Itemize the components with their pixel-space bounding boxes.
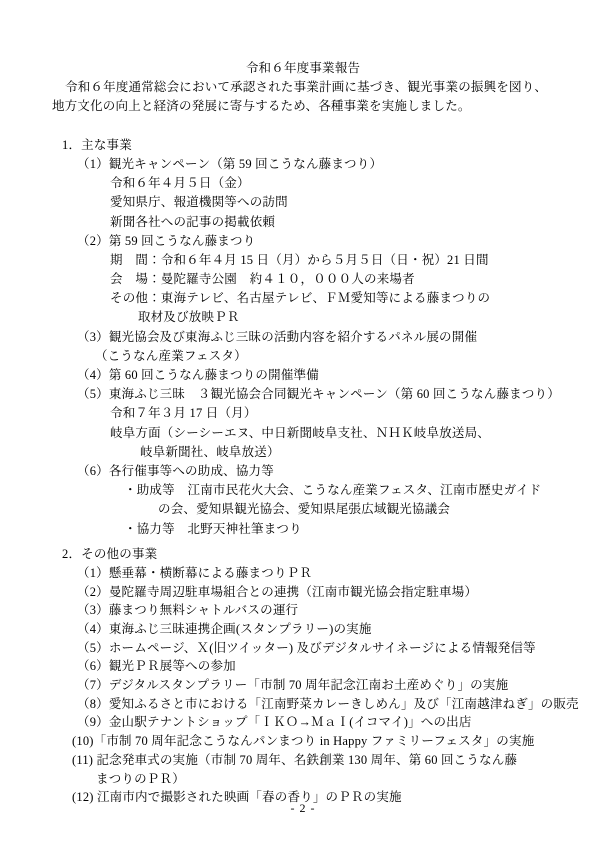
list-item-detail: ・助成等 江南市民花火大会、こうなん産業フェスタ、江南市歴史ガイド <box>0 481 606 500</box>
list-item-continuation: 取材及び放映ＰＲ <box>0 308 606 327</box>
page-number: - 2 - <box>0 801 606 816</box>
document-title: 令和６年度事業報告 <box>0 59 606 78</box>
list-item: （6）各行催事等への助成、協力等 <box>0 462 606 481</box>
list-item: （5）東海ふじ三昧 ３観光協会合同観光キャンペーン（第 60 回こうなん藤まつり… <box>0 385 606 404</box>
list-item: （3）観光協会及び東海ふじ三昧の活動内容を紹介するパネル展の開催 <box>0 328 606 347</box>
document-body: 令和６年度事業報告令和６年度通常総会において承認された事業計画に基づき、観光事業… <box>0 59 606 807</box>
list-item-detail: 令和６年４月５日（金） <box>0 174 606 193</box>
list-item-detail: 会 場：曼陀羅寺公園 約４１０，０００人の来場者 <box>0 270 606 289</box>
list-item-detail: その他：東海テレビ、名古屋テレビ、ＦＭ愛知等による藤まつりの <box>0 289 606 308</box>
list-item-detail: 愛知県庁、報道機関等への訪問 <box>0 193 606 212</box>
list-item-detail: 令和７年３月 17 日（月） <box>0 404 606 423</box>
section-2-heading: 2．その他の事業 <box>0 545 606 564</box>
list-item-continuation: まつりのＰＲ） <box>0 770 606 789</box>
list-item-detail: ・協力等 北野天神社筆まつり <box>0 520 606 539</box>
blank-line <box>0 539 606 546</box>
list-item: （5）ホームページ、Ｘ(旧ツイッター) 及びデジタルサイネージによる情報発信等 <box>0 639 606 658</box>
document-page: 令和６年度事業報告令和６年度通常総会において承認された事業計画に基づき、観光事業… <box>0 0 606 857</box>
list-item: （2）曼陀羅寺周辺駐車場組合との連携（江南市観光協会指定駐車場） <box>0 583 606 602</box>
list-item: （8）愛知ふるさと市における「江南野菜カレーきしめん」及び「江南越津ねぎ」の販売 <box>0 695 606 714</box>
list-item: （7）デジタルスタンプラリー「市制 70 周年記念江南お土産めぐり」の実施 <box>0 676 606 695</box>
list-item: （9）金山駅テナントショップ「ＩＫＯ→ＭａＩ(イコマイ)」への出店 <box>0 713 606 732</box>
list-item: (10)「市制 70 周年記念こうなんパンまつり in Happy ファミリーフ… <box>0 732 606 751</box>
list-item-detail: 期 間：令和６年４月 15 日（月）から５月５日（日・祝）21 日間 <box>0 251 606 270</box>
list-item-detail: 新聞各社への記事の掲載依頼 <box>0 213 606 232</box>
list-item: （3）藤まつり無料シャトルバスの運行 <box>0 601 606 620</box>
intro-line: 地方文化の向上と経済の発展に寄与するため、各種事業を実施しました。 <box>0 97 606 116</box>
section-1-heading: 1．主な事業 <box>0 136 606 155</box>
list-item: （4）第 60 回こうなん藤まつりの開催準備 <box>0 366 606 385</box>
list-item: （1）観光キャンペーン（第 59 回こうなん藤まつり） <box>0 155 606 174</box>
list-item: （6）観光ＰＲ展等への参加 <box>0 657 606 676</box>
blank-line <box>0 117 606 136</box>
list-item-continuation: 岐阜新聞社、岐阜放送） <box>0 443 606 462</box>
list-item-continuation: （こうなん産業フェスタ） <box>0 347 606 366</box>
list-item: （1）懸垂幕・横断幕による藤まつりＰＲ <box>0 564 606 583</box>
list-item: （4）東海ふじ三昧連携企画(スタンプラリー)の実施 <box>0 620 606 639</box>
list-item-detail: 岐阜方面（シーシーエヌ、中日新聞岐阜支社、ＮＨＫ岐阜放送局、 <box>0 424 606 443</box>
list-item-continuation: の会、愛知県観光協会、愛知県尾張広域観光協議会 <box>0 500 606 519</box>
list-item: （2）第 59 回こうなん藤まつり <box>0 232 606 251</box>
list-item: (11) 記念発車式の実施（市制 70 周年、名鉄創業 130 周年、第 60 … <box>0 751 606 770</box>
intro-line: 令和６年度通常総会において承認された事業計画に基づき、観光事業の振興を図り、 <box>0 78 606 97</box>
